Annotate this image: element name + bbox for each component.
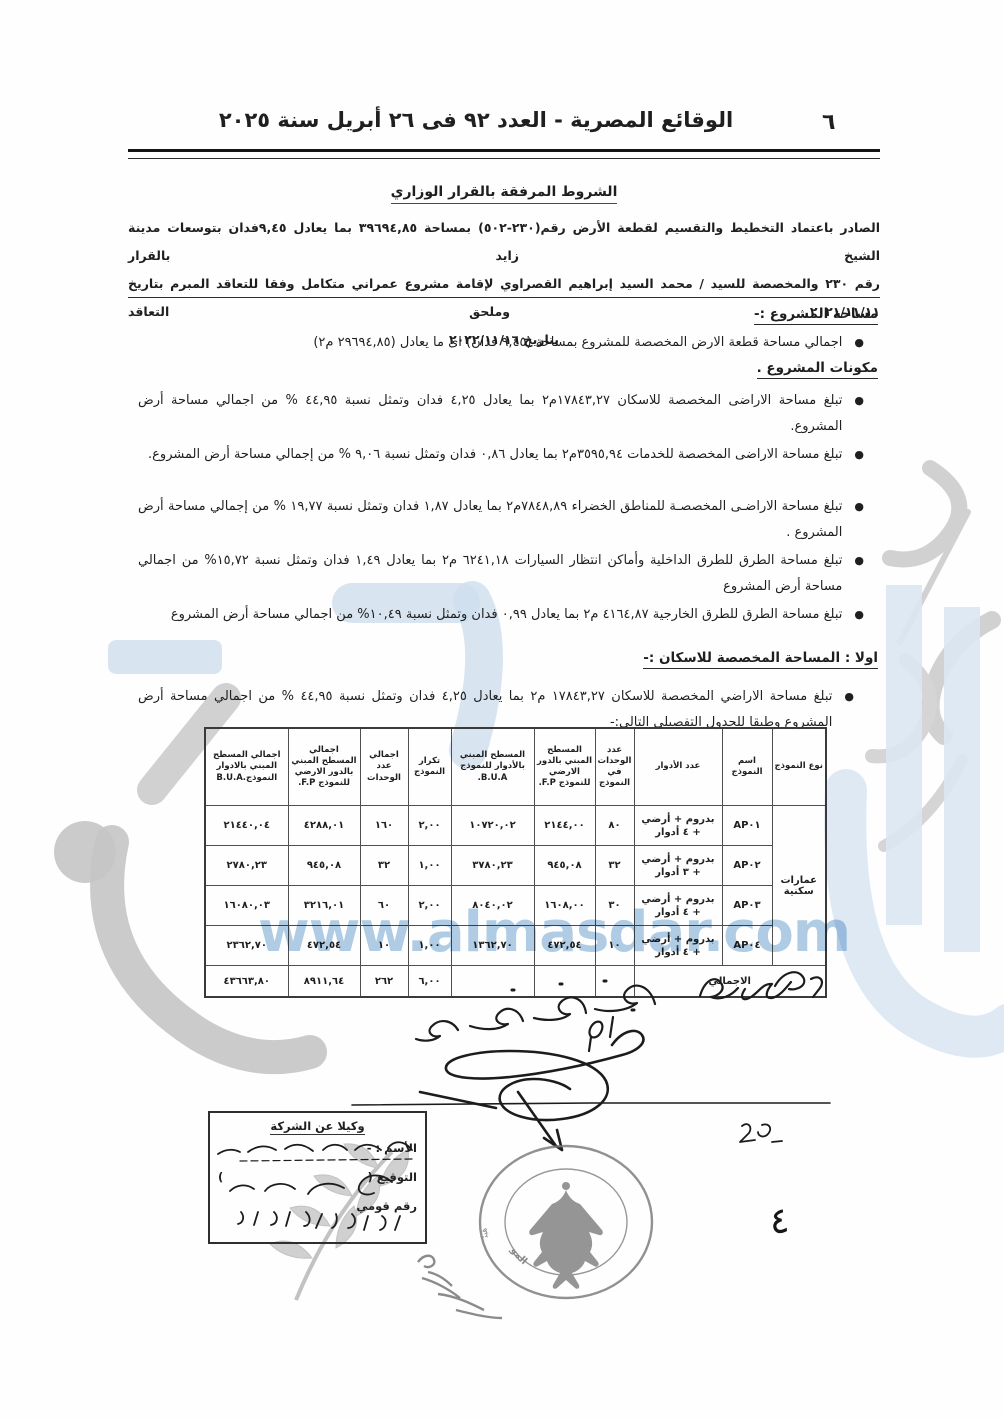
agent-signature-row: التوقيع ( ): [218, 1170, 417, 1199]
list-item: ● تبلغ مساحة الاراضـى المخصصـة للمناطق ا…: [138, 494, 864, 546]
cell-floors: بدروم + أرضي + ٤ أدوار: [634, 926, 722, 966]
cell-bua-grand-total: ٤٣٦٦٣,٨٠: [205, 966, 288, 998]
table-row: عمارات سكنية AP٠١ بدروم + أرضي + ٤ أدوار…: [205, 806, 826, 846]
components-list: ● تبلغ مساحة الاراضى المخصصة للاسكان ١٧٨…: [138, 388, 864, 654]
handwritten-number-mark: [740, 1124, 782, 1142]
cell-model-name: AP٠٤: [722, 926, 772, 966]
cell-units: ٣٢: [595, 846, 634, 886]
name-label: الأسم : -: [367, 1141, 417, 1170]
cell-fp: ٤٧٢,٥٤: [534, 926, 595, 966]
main-signature-loop: [446, 1031, 644, 1120]
cell-units-total: ٦٠: [360, 886, 408, 926]
section-divider-rule: [128, 297, 880, 298]
bullet-icon: ●: [854, 602, 864, 652]
agent-id-row: رقم قومي: [218, 1199, 417, 1228]
list-item: ● تبلغ مساحة الطرق للطرق الخارجية ٤١٦٤,٨…: [138, 602, 864, 652]
agent-name-row: الأسم : -: [218, 1141, 417, 1170]
col-fp-total: اجمالي المسطح المبني بالدور الارضي للنمو…: [288, 728, 360, 806]
cell-floors: بدروم + أرضي + ٣ أدوار: [634, 846, 722, 886]
housing-table: نوع النموذج اسم النموذج عدد الأدوار عدد …: [204, 727, 827, 998]
cell-bua-total: ٢٣٦٢,٧٠: [205, 926, 288, 966]
table-row: AP٠٤ بدروم + أرضي + ٤ أدوار ١٠ ٤٧٢,٥٤ ١٣…: [205, 926, 826, 966]
company-agent-box: وكيلا عن الشركة الأسم : - التوقيع ( ) رق…: [208, 1111, 427, 1244]
cell-building-type: عمارات سكنية: [772, 806, 826, 966]
cell-bua: ٨٠٤٠,٠٢: [451, 886, 534, 926]
cell-model-name: AP٠٢: [722, 846, 772, 886]
col-type: نوع النموذج: [772, 728, 826, 806]
first-section-heading: اولا : المساحة المخصصة للاسكان :-: [643, 650, 878, 666]
col-units-in-model: عدد الوحدات في النموذج: [595, 728, 634, 806]
cell-empty: [534, 966, 595, 998]
cell-repeat: ٢,٠٠: [408, 806, 451, 846]
cell-repeat-total: ٦,٠٠: [408, 966, 451, 998]
cell-fp: ١٦٠٨,٠٠: [534, 886, 595, 926]
table-header-row: نوع النموذج اسم النموذج عدد الأدوار عدد …: [205, 728, 826, 806]
list-item: ● تبلغ مساحة الطرق للطرق الداخلية وأماكن…: [138, 548, 864, 600]
eagle-emblem-icon: [529, 1182, 603, 1289]
watermark-dot: [54, 821, 116, 883]
signature-label: التوقيع (: [367, 1170, 417, 1199]
cell-repeat: ١,٠٠: [408, 846, 451, 886]
cell-bua: ١٠٧٢٠,٠٢: [451, 806, 534, 846]
cell-bua-total: ٢٧٨٠,٢٣: [205, 846, 288, 886]
cell-fp-total: ٤٧٢,٥٤: [288, 926, 360, 966]
col-bua-model: المسطح المبني بالأدوار للنموذج B.U.A.: [451, 728, 534, 806]
decree-title-text: الشروط المرفقة بالقرار الوزاري: [391, 184, 618, 204]
cell-floors: بدروم + أرضي + ٤ أدوار: [634, 886, 722, 926]
watermark-right-calligraphy: [845, 468, 1004, 1037]
col-floors: عدد الأدوار: [634, 728, 722, 806]
bullet-icon: ●: [854, 330, 864, 356]
decree-line-1: الصادر باعتماد التخطيط والتقسيم لقطعة ال…: [128, 214, 880, 270]
margin-sheet-number: ٤: [768, 1200, 791, 1243]
bullet-icon: ●: [854, 388, 864, 440]
table-row: AP٠٣ بدروم + أرضي + ٤ أدوار ٣٠ ١٦٠٨,٠٠ ٨…: [205, 886, 826, 926]
list-item: ● تبلغ مساحة الاراضى المخصصة للخدمات ٣٥٩…: [138, 442, 864, 492]
cell-fp-total: ٩٤٥,٠٨: [288, 846, 360, 886]
signature-close-paren: ): [218, 1170, 223, 1199]
cell-units: ٣٠: [595, 886, 634, 926]
cell-units-total: ١٠: [360, 926, 408, 966]
bullet-icon: ●: [854, 442, 864, 492]
cell-model-name: AP٠١: [722, 806, 772, 846]
col-fp-model: المسطح المبني بالدور الارضي للنموذج F.P.: [534, 728, 595, 806]
national-id-label: رقم قومي: [356, 1199, 417, 1228]
cell-bua-total: ١٦٠٨٠,٠٣: [205, 886, 288, 926]
main-signature-tail: [420, 1092, 562, 1150]
cell-floors: بدروم + أرضي + ٤ أدوار: [634, 806, 722, 846]
cell-model-name: AP٠٣: [722, 886, 772, 926]
table-row: AP٠٢ بدروم + أرضي + ٣ أدوار ٣٢ ٩٤٥,٠٨ ٣٧…: [205, 846, 826, 886]
cell-bua: ١٣٦٢,٧٠: [451, 926, 534, 966]
project-area-heading: مساحة المشروع :-: [754, 306, 878, 322]
col-units-total: اجمالي عدد الوحدات: [360, 728, 408, 806]
cell-bua-total: ٢١٤٤٠,٠٤: [205, 806, 288, 846]
cell-units-grand-total: ٢٦٢: [360, 966, 408, 998]
components-heading: مكونات المشروع .: [757, 360, 878, 376]
decree-title: الشروط المرفقة بالقرار الوزاري: [128, 184, 880, 200]
cell-units-total: ١٦٠: [360, 806, 408, 846]
cell-empty: [595, 966, 634, 998]
header-double-rule: [128, 149, 880, 159]
cell-fp-grand-total: ٨٩١١,٦٤: [288, 966, 360, 998]
cell-units: ١٠: [595, 926, 634, 966]
cell-totals-label: الاجمالي: [634, 966, 826, 998]
gazette-masthead: الوقائع المصرية - العدد ٩٢ فى ٢٦ أبريل س…: [100, 108, 852, 132]
cell-bua: ٣٧٨٠,٢٣: [451, 846, 534, 886]
main-signature-marks: [589, 1017, 613, 1051]
col-repeat: تكرار النموذج: [408, 728, 451, 806]
cell-fp: ٩٤٥,٠٨: [534, 846, 595, 886]
bullet-icon: ●: [854, 548, 864, 600]
table-totals-row: الاجمالي ٦,٠٠ ٢٦٢ ٨٩١١,٦٤ ٤٣٦٦٣,٨٠: [205, 966, 826, 998]
stamp-scribble: [418, 1256, 502, 1318]
handwritten-divider-line: [352, 1103, 830, 1105]
bullet-icon: ●: [854, 494, 864, 546]
cell-fp-total: ٣٢١٦,٠١: [288, 886, 360, 926]
agent-box-title: وكيلا عن الشركة: [218, 1119, 417, 1133]
cell-fp: ٢١٤٤,٠٠: [534, 806, 595, 846]
bullet-icon: ●: [844, 684, 854, 736]
cell-repeat: ٢,٠٠: [408, 886, 451, 926]
gazette-scanned-page: ٦ الوقائع المصرية - العدد ٩٢ فى ٢٦ أبريل…: [0, 0, 1004, 1418]
cell-units-total: ٣٢: [360, 846, 408, 886]
cell-repeat: ١,٠٠: [408, 926, 451, 966]
project-area-bullet: ● اجمالي مساحة قطعة الارض المخصصة للمشرو…: [148, 330, 864, 356]
list-item: ● تبلغ مساحة الاراضى المخصصة للاسكان ١٧٨…: [138, 388, 864, 440]
col-name: اسم النموذج: [722, 728, 772, 806]
cell-fp-total: ٤٢٨٨,٠١: [288, 806, 360, 846]
col-bua-total: اجمالي المسطح المبني بالادوار النموذج.B.…: [205, 728, 288, 806]
cell-units: ٨٠: [595, 806, 634, 846]
cell-empty: [451, 966, 534, 998]
